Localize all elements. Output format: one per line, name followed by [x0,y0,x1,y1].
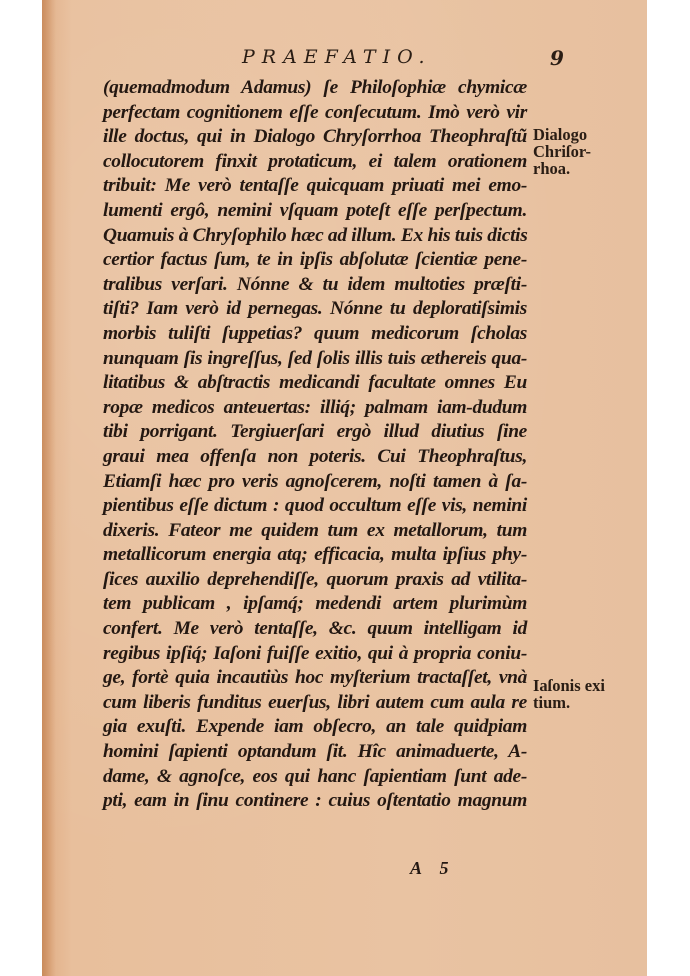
running-head: PRAEFATIO. [242,46,432,68]
text-line: tribuit: Me verò tentaſſe quicquam priua… [103,174,527,199]
margin-note-line: rhoa. [533,160,591,177]
text-line: Quamuis à Chryſophilo hæc ad illum. Ex h… [103,224,527,249]
text-line: perfectam cognitionem eſſe conſecutum. I… [103,101,527,126]
body-text: (quemadmodum Adamus) ſe Philoſophiæ chym… [103,76,527,814]
text-line: tiſti? Iam verò id pernegas. Nónne tu de… [103,297,527,322]
text-line: graui mea offenſa non poteris. Cui Theop… [103,445,527,470]
text-line: morbis tuliſti ſuppetias? quum medicorum… [103,322,527,347]
text-line: ille doctus, qui in Dialogo Chryſorrhoa … [103,125,527,150]
signature-mark: A 5 [410,858,449,879]
margin-note-line: tium. [533,694,605,711]
text-line: confert. Me verò tentaſſe, &c. quum inte… [103,617,527,642]
text-line: pientibus eſſe dictum : quod occultum eſ… [103,494,527,519]
text-line: tibi porrigant. Tergiuerſari ergò illud … [103,420,527,445]
text-line: Etiamſi hæc pro veris agnoſcerem, noſti … [103,470,527,495]
page-number: 9 [550,46,564,70]
margin-note-line: Chriſor- [533,143,591,160]
text-line: nunquam ſis ingreſſus, ſed ſolis illis t… [103,347,527,372]
margin-note-dialogo: Dialogo Chriſor- rhoa. [533,126,591,177]
text-line: dame, & agnoſce, eos qui hanc ſapientiam… [103,765,527,790]
text-line: cum liberis funditus euerſus, libri aute… [103,691,527,716]
margin-note-iasonis: Iaſonis exi tium. [533,677,605,711]
text-line: tem publicam , ipſamq́; medendi artem pl… [103,592,527,617]
text-line: ge, fortè quia incautiùs hoc myſterium t… [103,666,527,691]
margin-note-line: Dialogo [533,126,591,143]
text-line: ropæ medicos anteuertas: illiq́; palmam … [103,396,527,421]
text-line: metallicorum energia atq; efficacia, mul… [103,543,527,568]
text-line: gia exuſti. Expende iam obſecro, an tale… [103,715,527,740]
text-line: ſices auxilio deprehendiſſe, quorum prax… [103,568,527,593]
text-line: litatibus & abſtractis medicandi faculta… [103,371,527,396]
text-line: tralibus verſari. Nónne & tu idem multot… [103,273,527,298]
margin-note-line: Iaſonis exi [533,677,605,694]
text-line: lumenti ergô, nemini vſquam poteſt eſſe … [103,199,527,224]
text-line: (quemadmodum Adamus) ſe Philoſophiæ chym… [103,76,527,101]
text-line: regibus ipſiq́; Iaſoni fuiſſe exitio, qu… [103,642,527,667]
text-line: certior factus ſum, te in ipſis abſolutæ… [103,248,527,273]
text-line: collocutorem finxit protaticum, ei talem… [103,150,527,175]
text-line: pti, eam in ſinu continere : cuius oſten… [103,789,527,814]
text-line: homini ſapienti optandum ſit. Hîc animad… [103,740,527,765]
text-line: dixeris. Fateor me quidem tum ex metallo… [103,519,527,544]
